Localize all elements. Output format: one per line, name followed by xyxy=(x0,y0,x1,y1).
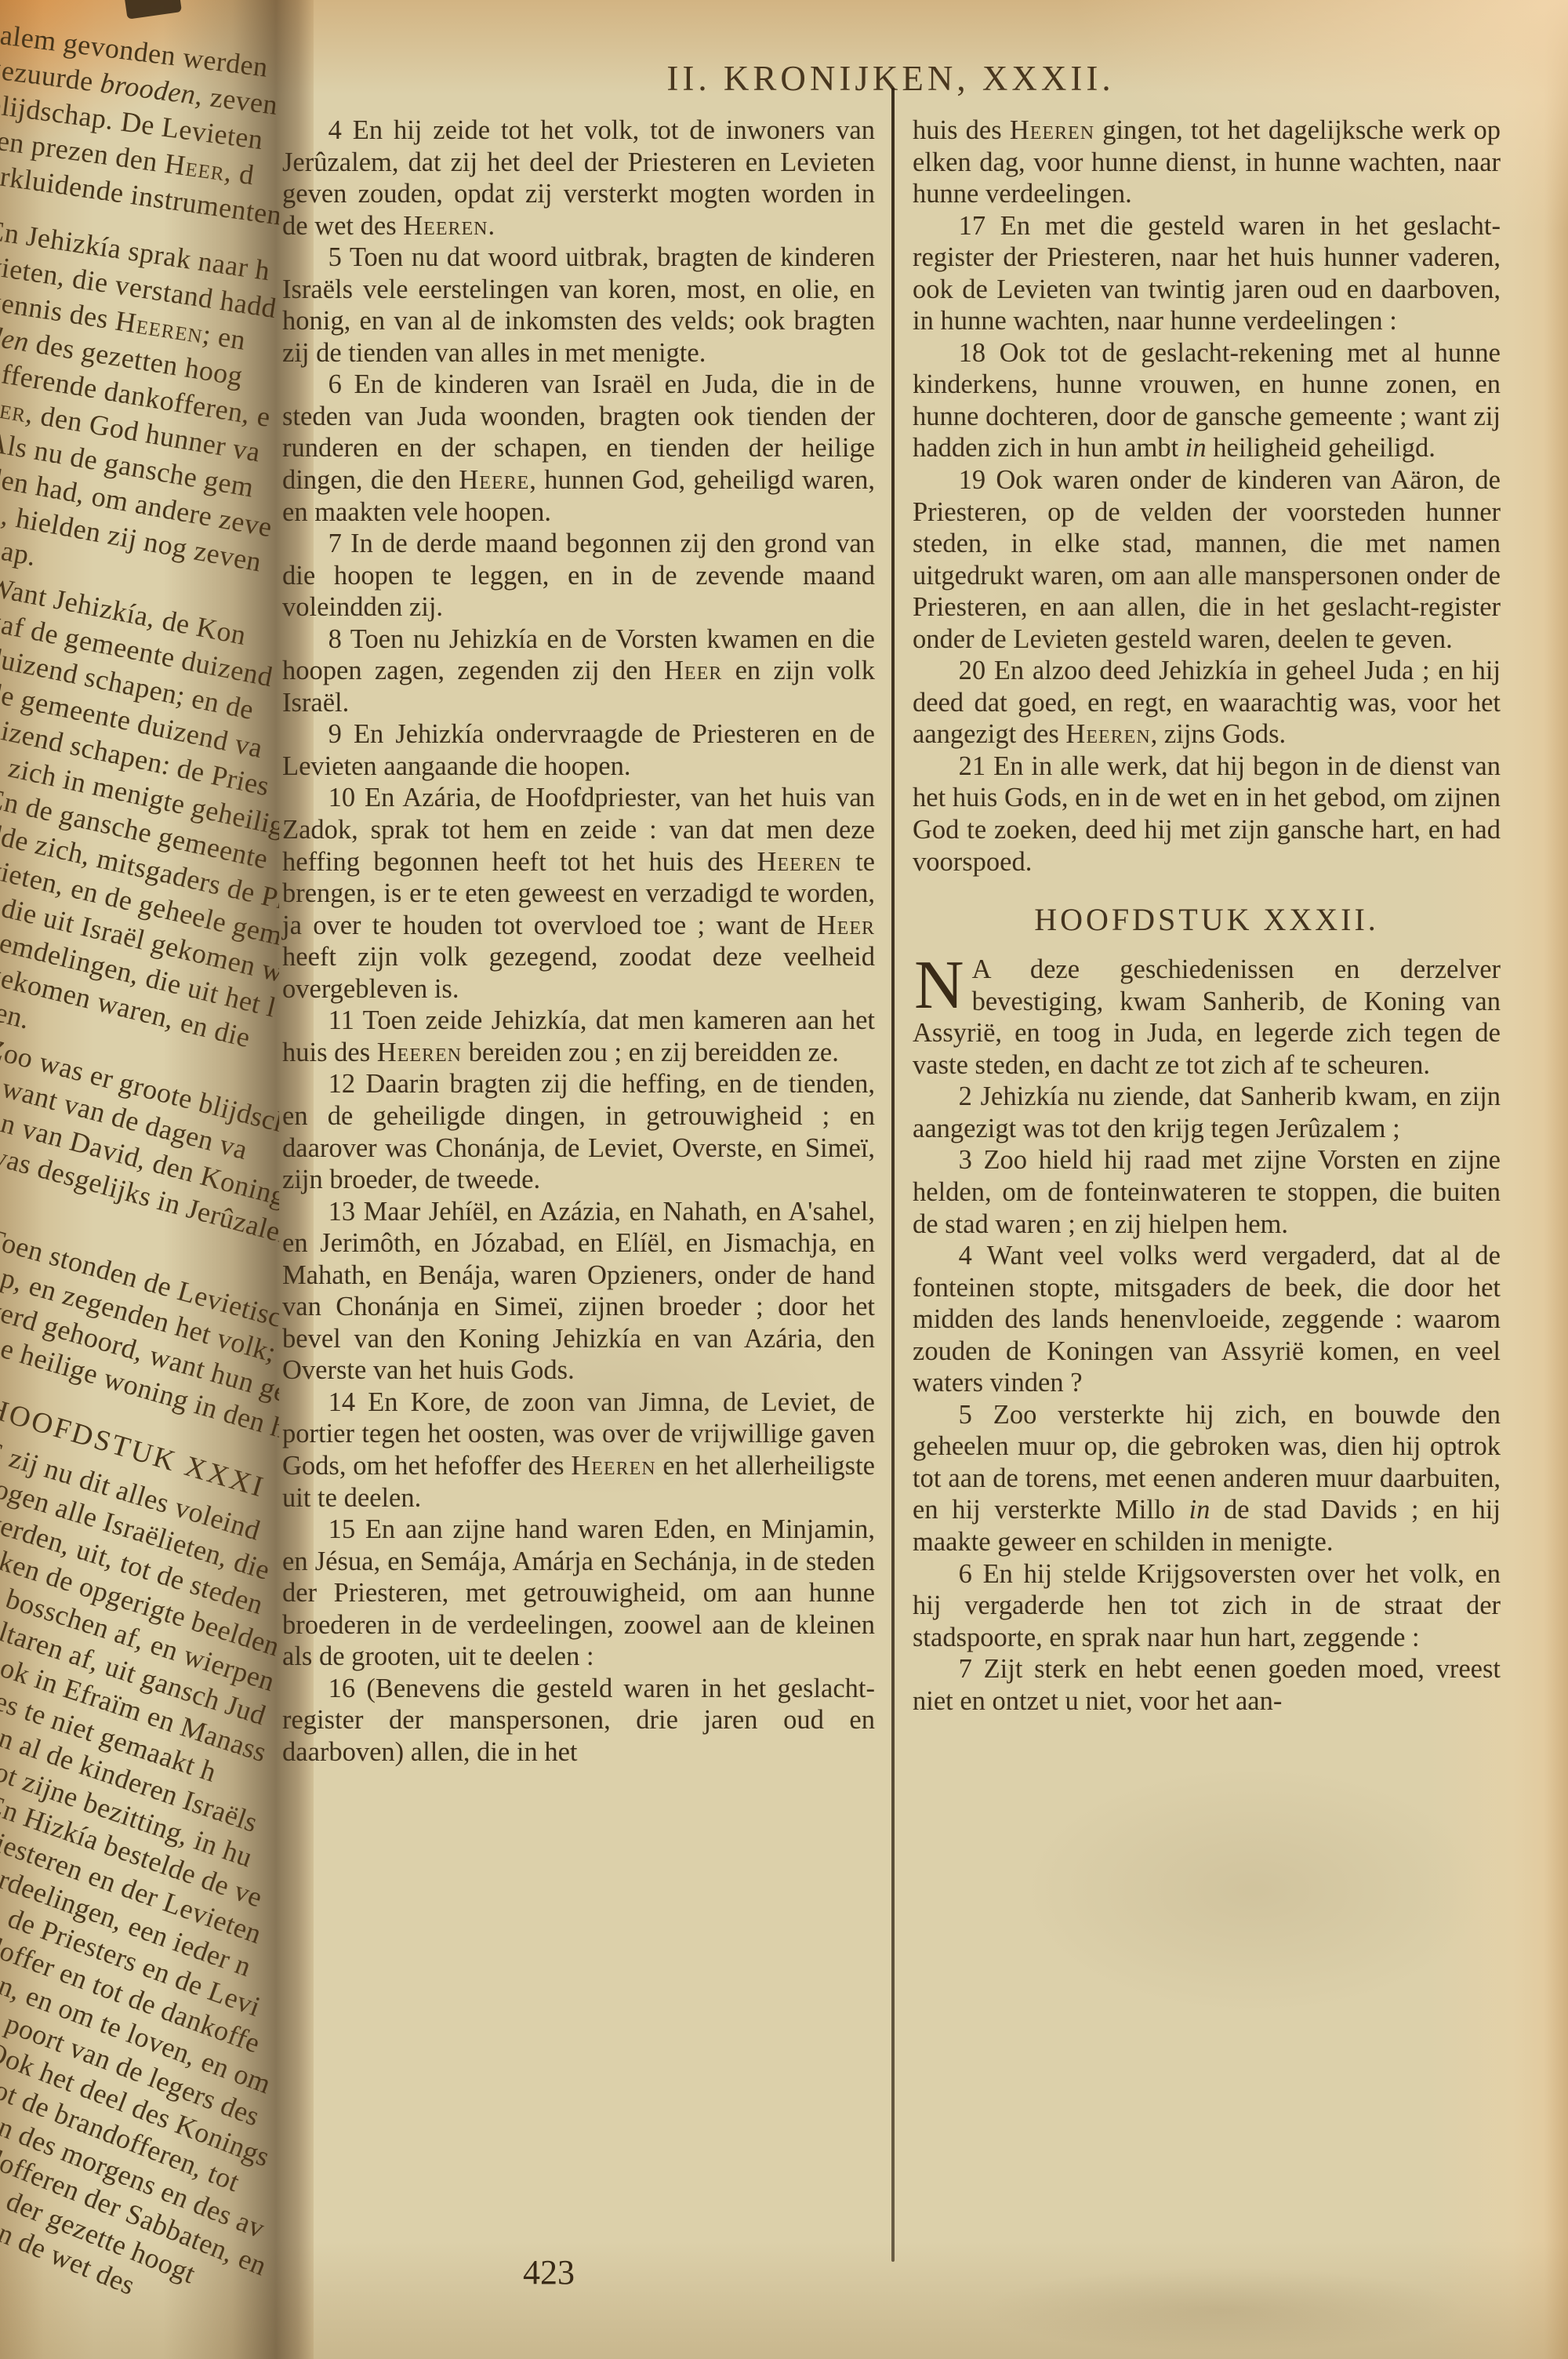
verse-paragraph: 9 En Jehizkía ondervraagde de Priesteren… xyxy=(282,718,875,782)
verse-paragraph: 7 Zijt sterk en hebt eenen goeden moed, … xyxy=(913,1653,1501,1717)
text-column-right: huis des Heeren gingen, tot het dagelijk… xyxy=(913,114,1501,1717)
verse-paragraph: 5 Zoo versterkte hij zich, en bouwde den… xyxy=(913,1399,1501,1558)
verse-paragraph: 7 In de derde maand begonnen zij den gro… xyxy=(282,528,875,623)
verse-paragraph: 8 Toen nu Jehizkía en de Vorsten kwamen … xyxy=(282,623,875,719)
verse-paragraph: 17 En met die gesteld waren in het gesla… xyxy=(913,210,1501,337)
ink-bleedthrough xyxy=(1019,1765,1490,2016)
verse-paragraph: 12 Daarin bragten zij die heffing, en de… xyxy=(282,1068,875,1195)
verse-paragraph: 5 Toen nu dat woord uitbrak, bragten de … xyxy=(282,242,875,369)
verse-paragraph: 20 En alzoo deed Jehizkía in geheel Juda… xyxy=(913,655,1501,751)
verse-paragraph: 6 En hij stelde Krijgsoversten over het … xyxy=(913,1558,1501,1654)
verse-paragraph: 6 En de kinderen van Israël en Juda, die… xyxy=(282,369,875,528)
verse-paragraph: 10 En Azária, de Hoofdpriester, van het … xyxy=(282,782,875,1005)
verse-paragraph: 3 Zoo hield hij raad met zijne Vorsten e… xyxy=(913,1144,1501,1240)
text-column-left: 4 En hij zeide tot het volk, tot de inwo… xyxy=(282,114,875,1768)
running-head: II. KRONIJKEN, XXXII. xyxy=(281,58,1501,99)
verse-paragraph: 14 En Kore, de zoon van Jimna, de Leviet… xyxy=(282,1387,875,1514)
verse-paragraph: 11 Toen zeide Jehizkía, dat men kameren … xyxy=(282,1005,875,1068)
column-divider-rule xyxy=(891,88,895,2262)
verse-paragraph: huis des Heeren gingen, tot het dagelijk… xyxy=(913,114,1501,210)
verse-paragraph: 21 En in alle werk, dat hij begon in de … xyxy=(913,751,1501,878)
verse-paragraph: 2 Jehizkía nu ziende, dat Sanherib kwam,… xyxy=(913,1081,1501,1144)
verse-paragraph: 19 Ook waren onder de kinderen van Aäron… xyxy=(913,464,1501,655)
page-number: 423 xyxy=(470,2252,627,2292)
verse-paragraph: 4 En hij zeide tot het volk, tot de inwo… xyxy=(282,114,875,242)
verse-paragraph: 13 Maar Jehíël, en Azázia, en Nahath, en… xyxy=(282,1196,875,1387)
verse-paragraph: 4 Want veel volks werd vergaderd, dat al… xyxy=(913,1240,1501,1399)
ink-bleedthrough xyxy=(980,2266,1466,2353)
verse-paragraph: 16 (Benevens die gesteld waren in het ge… xyxy=(282,1673,875,1768)
verse-paragraph: NA deze geschiedenissen en derzelver bev… xyxy=(913,954,1501,1081)
verse-paragraph: 15 En aan zijne hand waren Eden, en Minj… xyxy=(282,1514,875,1673)
chapter-heading: HOOFDSTUK XXXII. xyxy=(913,901,1501,938)
drop-cap: N xyxy=(913,954,972,1013)
adjacent-page-strip: zalem gevonden werdengezuurde brooden, z… xyxy=(0,3,279,2356)
verse-paragraph: 18 Ook tot de geslacht-rekening met al h… xyxy=(913,337,1501,464)
